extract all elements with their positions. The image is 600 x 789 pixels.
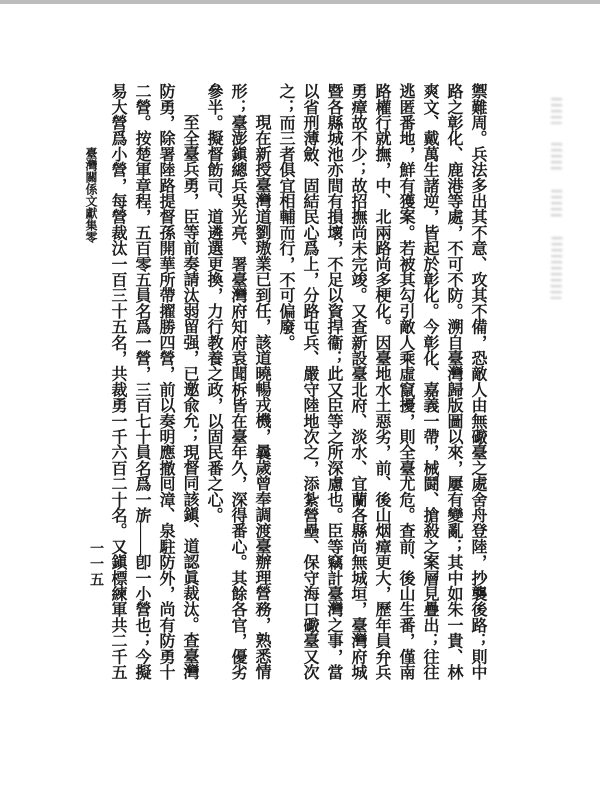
text-column-1: 禦難周。兵法多出其不意、攻其不備，恐敵人由無礮臺之處舍舟登陸，抄襲後路；則中 [466, 83, 488, 695]
memorial-text-block: 禦難周。兵法多出其不意、攻其不備，恐敵人由無礮臺之處舍舟登陸，抄襲後路；則中 路… [0, 0, 600, 789]
text-column-2: 路之彰化、鹿港等處，不可不防。溯自臺灣歸版圖以來，屢有變亂；其中如朱一貴、林 [442, 83, 464, 695]
text-column-3: 爽文、戴萬生諸逆，皆起於彰化。今彰化、嘉義一帶，械鬪、搶殺之案層見疊出；往往 [418, 83, 440, 695]
text-column-16: 易大營爲小營，每營裁汰一百三十五名，共裁勇一千六百二十名。又鎭標練軍共二千五 [106, 83, 128, 695]
text-column-13: 至全臺兵勇，臣等前奏請汰弱留强，已邀兪允；現督同該鎭、道認眞裁汰。查臺灣 [178, 83, 200, 695]
print-through-marks [551, 98, 562, 124]
text-column-4: 逃匿番地，鮮有獲案。若被其勾引敵人乘虛竄擾，則全臺尤危。查前、後山生番，僅南 [394, 83, 416, 695]
text-column-5: 路權行就撫，中、北兩路尚多梗化。因臺地水土惡劣，前、後山烟瘴更大，歷年員弁兵 [370, 83, 392, 695]
text-column-11: 形；臺澎鎭總兵吳光亮、署臺灣府知府袁聞柝皆在臺年久，深得番心。其餘各官，優劣 [226, 83, 248, 695]
print-through-marks [550, 237, 562, 299]
text-column-12: 參半。擬督飭司、道遴選更換，力行教養之政，以固民番之心。 [202, 83, 224, 695]
text-column-9: 之；而三者俱宜相輔而行，不可偏廢。 [274, 83, 296, 695]
text-column-8: 以省刑薄斂、固結民心爲上，分路屯兵、嚴守陸地次之，添紮營壘、保守海口礮臺又次 [298, 83, 320, 695]
text-column-10: 現在新授臺灣道劉璈業已到任，該道曉暢戎機，曩歲曾奉調渡臺辦理營務，熟悉情 [250, 83, 272, 695]
text-column-6: 勇瘴故不少；故招撫尚未完竣。又查新設臺北府、淡水、宜蘭各縣尚無城垣，臺灣府城 [346, 83, 368, 695]
print-through-marks [551, 190, 562, 218]
text-column-15: 二營。按楚軍章程，五百零五員名爲一營，三百七十員名爲一旂——卽一小營也；今擬 [130, 83, 152, 695]
page-number: 一一五 [87, 541, 104, 588]
print-through-marks [551, 143, 563, 173]
text-column-14: 防勇，除署陸路提督孫開華所帶擢勝四營，前以奏明應撤囘漳、泉駐防外，尚有防勇十 [154, 83, 176, 695]
text-column-7: 暨各縣城池亦間有損壞，不足以資捍衞；此又臣等之所深慮也。臣等竊計臺灣之事，當 [322, 83, 344, 695]
book-side-title: 臺灣關係文獻集零 [83, 147, 98, 243]
